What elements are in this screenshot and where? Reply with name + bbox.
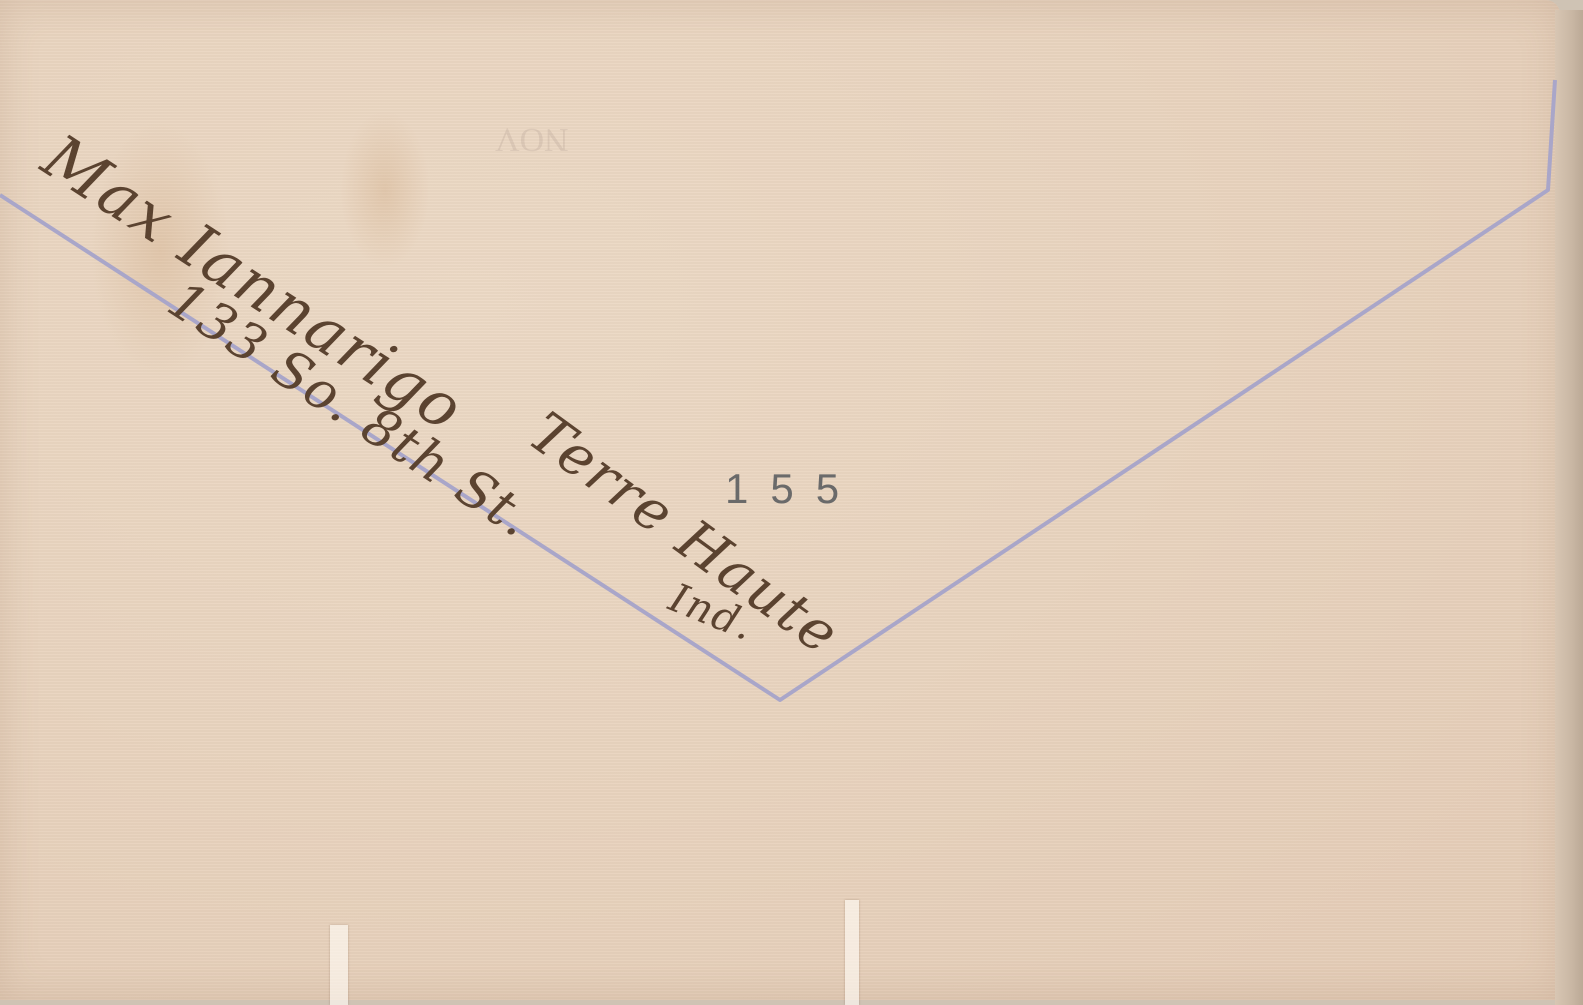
photo-stage: NOV Max Iannarigo 133 So. 8th St. Terre … — [0, 0, 1583, 1005]
paper-tear — [845, 900, 859, 1005]
paper-tear — [330, 925, 348, 1005]
pencil-note: 155 — [725, 465, 861, 513]
postmark-ghost: NOV — [495, 120, 569, 158]
